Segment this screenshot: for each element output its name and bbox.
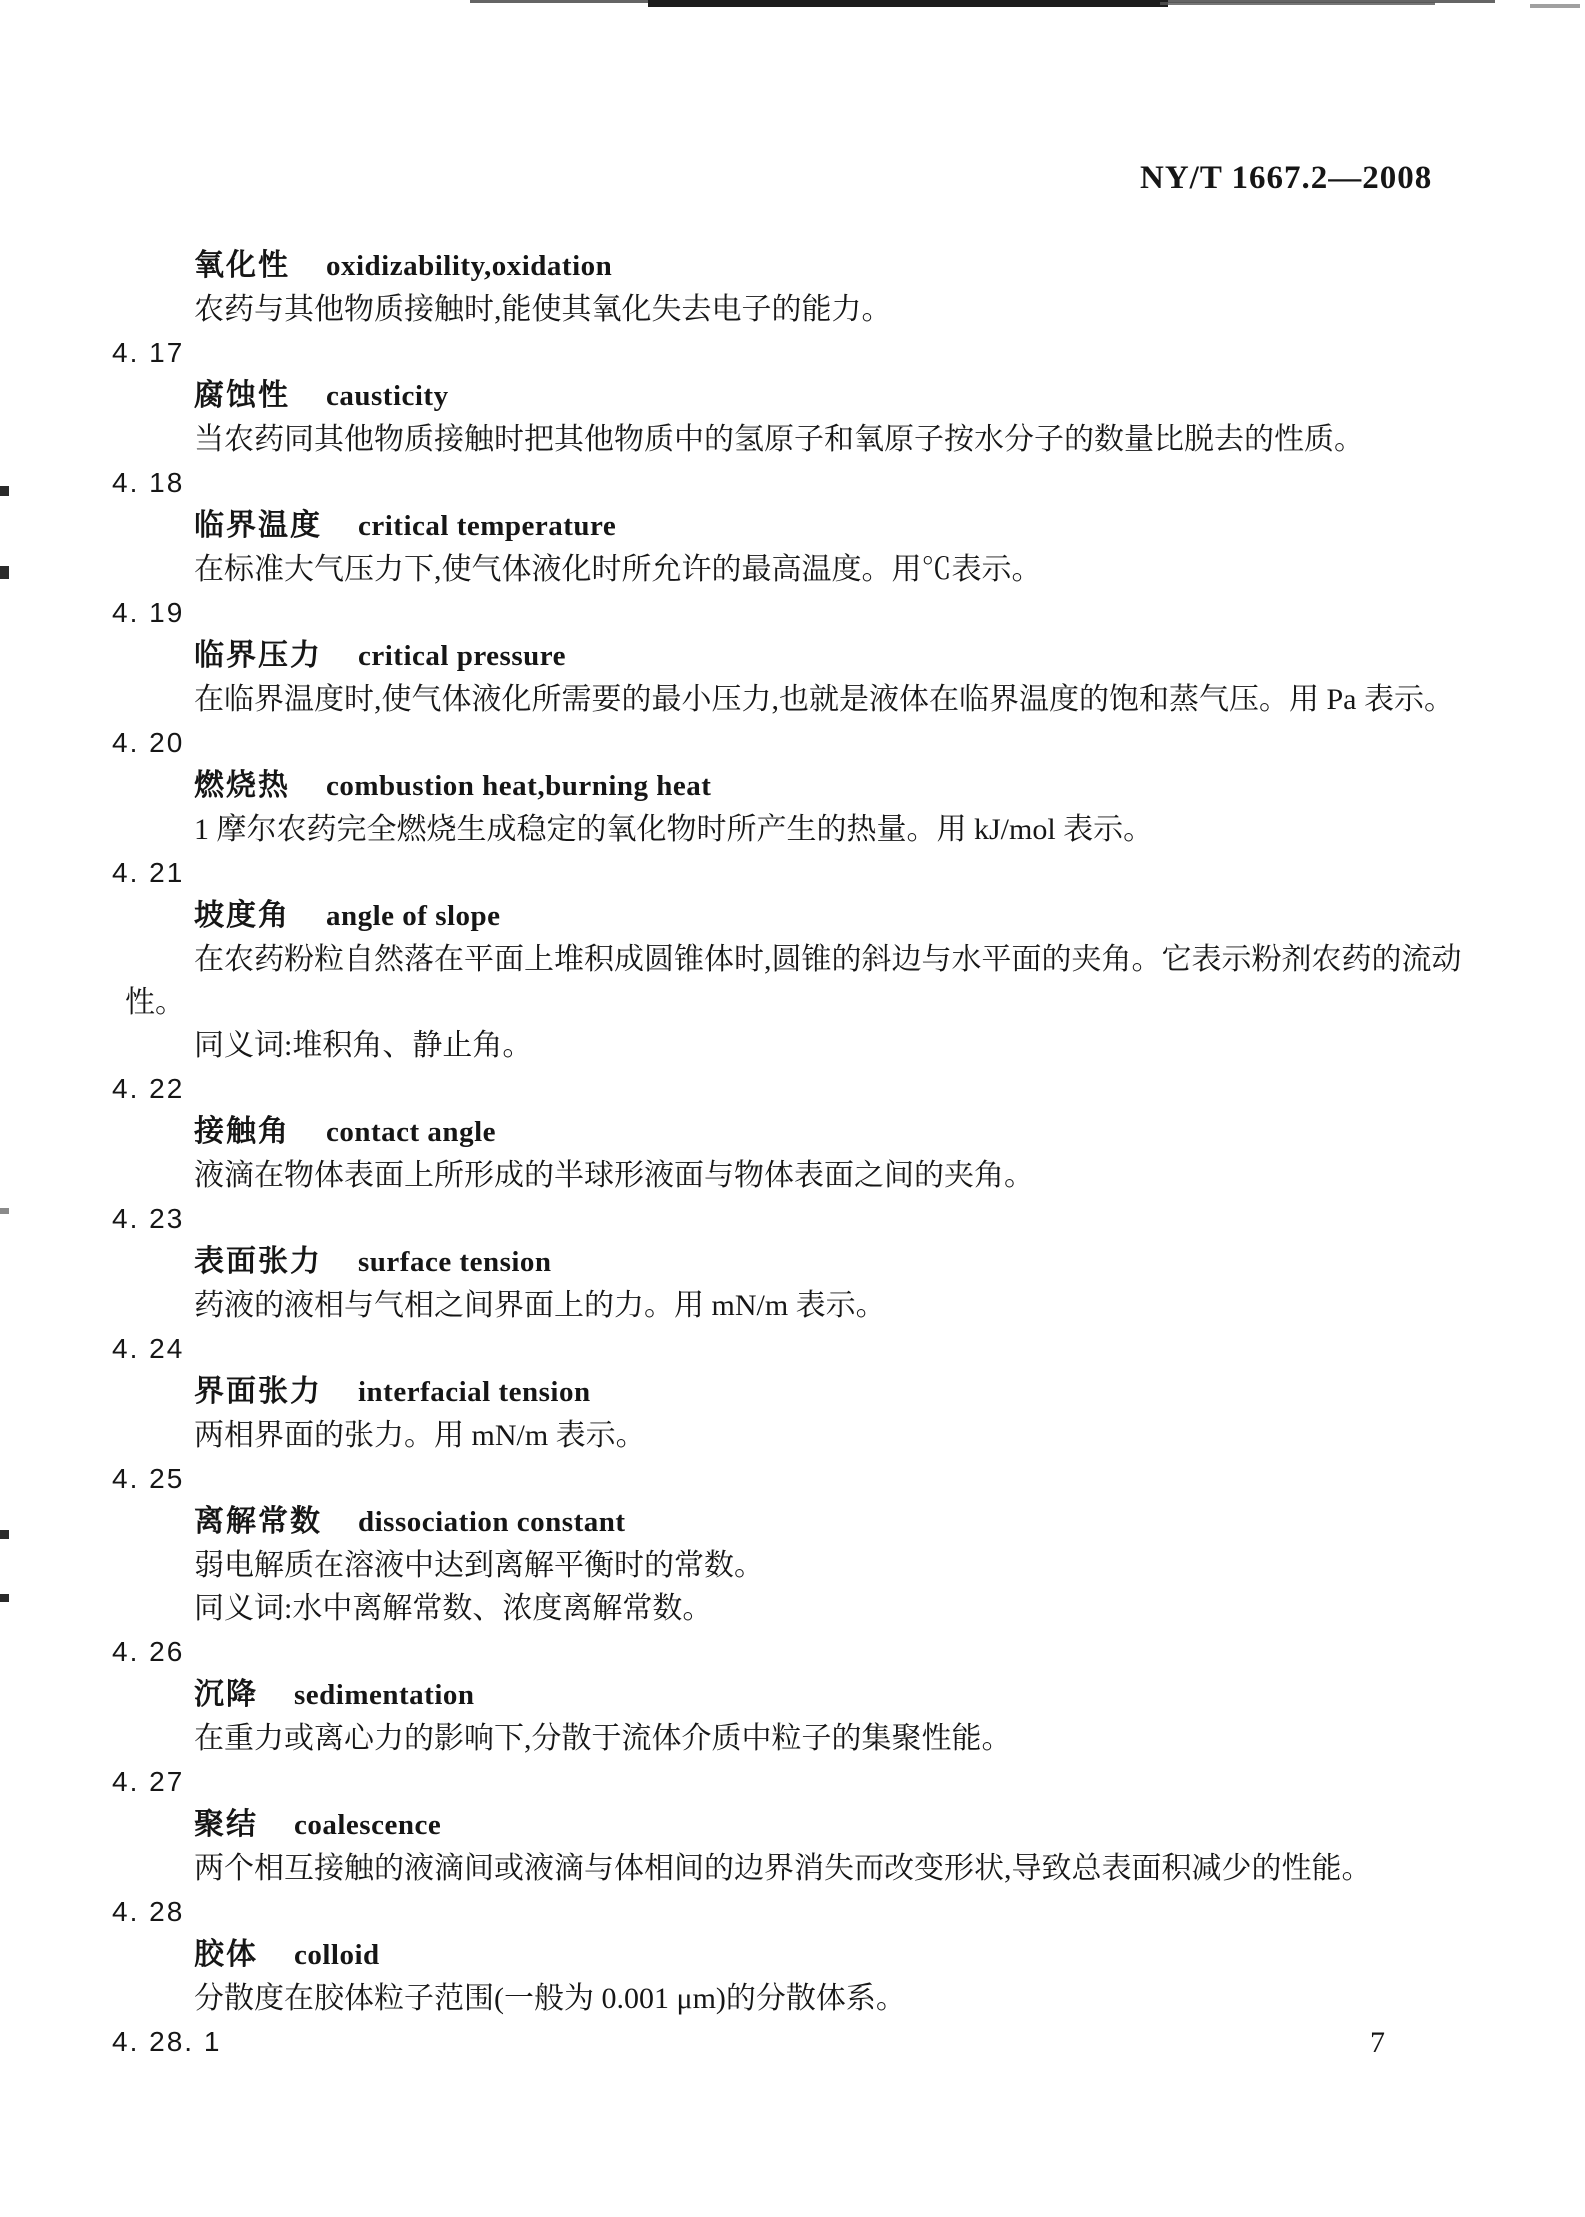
term-entry: 4. 24 界面张力interfacial tension 两相界面的张力。用 … <box>125 1327 1513 1457</box>
clause-number: 4. 25 <box>112 1457 1513 1500</box>
term-entry: 4. 19 临界压力critical pressure 在临界温度时,使气体液化… <box>125 591 1513 721</box>
term-chinese: 聚结 <box>194 1808 258 1841</box>
term-chinese: 氧化性 <box>194 249 290 282</box>
term-line: 胶体colloid <box>125 1933 1513 1977</box>
clause-number: 4. 17 <box>112 331 1513 374</box>
definition-text: 在标准大气压力下,使气体液化时所允许的最高温度。用℃表示。 <box>125 548 1513 591</box>
scan-artifact-edge-mark <box>0 1530 9 1539</box>
term-line: 坡度角angle of slope <box>125 894 1513 938</box>
term-english: oxidizability,oxidation <box>326 250 612 282</box>
term-line: 界面张力interfacial tension <box>125 1370 1513 1414</box>
term-entry: 4. 22 接触角contact angle 液滴在物体表面上所形成的半球形液面… <box>125 1067 1513 1197</box>
scan-artifact-edge-mark <box>0 486 9 496</box>
clause-number: 4. 22 <box>112 1067 1513 1110</box>
term-english: dissociation constant <box>358 1506 626 1538</box>
term-chinese: 沉降 <box>194 1678 258 1711</box>
term-english: angle of slope <box>326 900 501 932</box>
term-english: surface tension <box>358 1246 552 1278</box>
definition-text: 在农药粉粒自然落在平面上堆积成圆锥体时,圆锥的斜边与水平面的夹角。它表示粉剂农药… <box>125 938 1513 1024</box>
definition-text: 两相界面的张力。用 mN/m 表示。 <box>125 1414 1513 1457</box>
clause-number: 4. 28 <box>112 1890 1513 1933</box>
clause-number: 4. 21 <box>112 851 1513 894</box>
term-line: 临界温度critical temperature <box>125 504 1513 548</box>
clause-number: 4. 23 <box>112 1197 1513 1240</box>
definition-text: 农药与其他物质接触时,能使其氧化失去电子的能力。 <box>125 288 1513 331</box>
term-line: 表面张力surface tension <box>125 1240 1513 1284</box>
term-line: 离解常数dissociation constant <box>125 1500 1513 1544</box>
term-line: 临界压力critical pressure <box>125 634 1513 678</box>
term-english: critical temperature <box>358 510 616 542</box>
terms-list: 氧化性oxidizability,oxidation 农药与其他物质接触时,能使… <box>125 244 1513 2063</box>
synonym-line: 同义词:堆积角、静止角。 <box>125 1024 1513 1067</box>
term-entry: 4. 28. 1 <box>125 2020 1513 2063</box>
term-entry: 4. 20 燃烧热combustion heat,burning heat 1 … <box>125 721 1513 851</box>
definition-text: 当农药同其他物质接触时把其他物质中的氢原子和氧原子按水分子的数量比脱去的性质。 <box>125 418 1513 461</box>
term-chinese: 临界压力 <box>194 639 322 672</box>
term-english: combustion heat,burning heat <box>326 770 711 802</box>
definition-text: 在重力或离心力的影响下,分散于流体介质中粒子的集聚性能。 <box>125 1717 1513 1760</box>
scan-artifact-edge-mark <box>0 1594 9 1602</box>
clause-number: 4. 18 <box>112 461 1513 504</box>
definition-text: 药液的液相与气相之间界面上的力。用 mN/m 表示。 <box>125 1284 1513 1327</box>
clause-number: 4. 26 <box>112 1630 1513 1673</box>
scan-artifact-edge-mark <box>0 566 9 579</box>
term-chinese: 表面张力 <box>194 1245 322 1278</box>
clause-number: 4. 28. 1 <box>112 2020 1513 2063</box>
term-entry: 4. 26 沉降sedimentation 在重力或离心力的影响下,分散于流体介… <box>125 1630 1513 1760</box>
scan-artifact-top-line <box>1530 4 1580 8</box>
term-line: 氧化性oxidizability,oxidation <box>125 244 1513 288</box>
term-entry: 4. 18 临界温度critical temperature 在标准大气压力下,… <box>125 461 1513 591</box>
term-line: 燃烧热combustion heat,burning heat <box>125 764 1513 808</box>
term-entry: 4. 25 离解常数dissociation constant 弱电解质在溶液中… <box>125 1457 1513 1630</box>
term-line: 接触角contact angle <box>125 1110 1513 1154</box>
definition-text: 在临界温度时,使气体液化所需要的最小压力,也就是液体在临界温度的饱和蒸气压。用 … <box>125 678 1513 721</box>
term-english: coalescence <box>294 1809 441 1841</box>
term-line: 沉降sedimentation <box>125 1673 1513 1717</box>
term-chinese: 胶体 <box>194 1938 258 1971</box>
term-english: causticity <box>326 380 449 412</box>
scan-artifact-top-line <box>648 0 1168 7</box>
term-line: 聚结coalescence <box>125 1803 1513 1847</box>
term-chinese: 接触角 <box>194 1115 290 1148</box>
definition-text: 分散度在胶体粒子范围(一般为 0.001 μm)的分散体系。 <box>125 1977 1513 2020</box>
page-number: 7 <box>1370 2026 1385 2060</box>
term-english: sedimentation <box>294 1679 475 1711</box>
term-entry: 4. 23 表面张力surface tension 药液的液相与气相之间界面上的… <box>125 1197 1513 1327</box>
definition-text: 液滴在物体表面上所形成的半球形液面与物体表面之间的夹角。 <box>125 1154 1513 1197</box>
term-english: critical pressure <box>358 640 566 672</box>
scan-artifact-top-line <box>1160 2 1435 5</box>
term-entry: 氧化性oxidizability,oxidation 农药与其他物质接触时,能使… <box>125 244 1513 331</box>
term-english: colloid <box>294 1939 380 1971</box>
term-chinese: 临界温度 <box>194 509 322 542</box>
term-chinese: 腐蚀性 <box>194 379 290 412</box>
definition-text: 1 摩尔农药完全燃烧生成稳定的氧化物时所产生的热量。用 kJ/mol 表示。 <box>125 808 1513 851</box>
document-page: NY/T 1667.2—2008 氧化性oxidizability,oxidat… <box>0 0 1585 2217</box>
term-line: 腐蚀性causticity <box>125 374 1513 418</box>
term-entry: 4. 27 聚结coalescence 两个相互接触的液滴间或液滴与体相间的边界… <box>125 1760 1513 1890</box>
standard-number-header: NY/T 1667.2—2008 <box>1140 160 1432 197</box>
clause-number: 4. 20 <box>112 721 1513 764</box>
definition-text: 两个相互接触的液滴间或液滴与体相间的边界消失而改变形状,导致总表面积减少的性能。 <box>125 1847 1513 1890</box>
clause-number: 4. 27 <box>112 1760 1513 1803</box>
term-chinese: 燃烧热 <box>194 769 290 802</box>
term-entry: 4. 28 胶体colloid 分散度在胶体粒子范围(一般为 0.001 μm)… <box>125 1890 1513 2020</box>
term-chinese: 界面张力 <box>194 1375 322 1408</box>
clause-number: 4. 24 <box>112 1327 1513 1370</box>
term-english: interfacial tension <box>358 1376 591 1408</box>
definition-text: 弱电解质在溶液中达到离解平衡时的常数。 <box>125 1544 1513 1587</box>
term-entry: 4. 17 腐蚀性causticity 当农药同其他物质接触时把其他物质中的氢原… <box>125 331 1513 461</box>
term-chinese: 离解常数 <box>194 1505 322 1538</box>
term-entry: 4. 21 坡度角angle of slope 在农药粉粒自然落在平面上堆积成圆… <box>125 851 1513 1067</box>
synonym-line: 同义词:水中离解常数、浓度离解常数。 <box>125 1587 1513 1630</box>
term-chinese: 坡度角 <box>194 899 290 932</box>
clause-number: 4. 19 <box>112 591 1513 634</box>
term-english: contact angle <box>326 1116 496 1148</box>
scan-artifact-edge-mark <box>0 1208 9 1214</box>
